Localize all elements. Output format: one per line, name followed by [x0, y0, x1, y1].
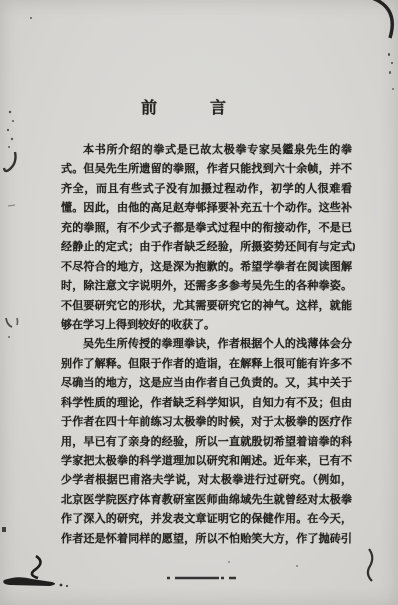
text-line: 学家把太极拳的科学道理加以研究和阐述。近年来，已有不: [61, 452, 352, 471]
bleedthrough-marks-left: [2, 104, 26, 184]
text-line: 不尽符合的地方，这是深为抱歉的。希望学拳者在阅读图解: [61, 258, 352, 277]
text-line: 经静止的定式；由于作者缺乏经验，所摄姿势还间有与定式: [61, 238, 352, 257]
scanned-book-page: 前 言 本书所介绍的拳式是已故太极拳专家吴鑑泉先生的拳式。但吴先生所遗留的拳照，…: [0, 0, 398, 605]
text-line: 别作了解释。但限于作者的造诣，在解释上很可能有许多不: [61, 355, 352, 374]
text-line: 时，除注意文字说明外，还需多多参考吴先生的各种拳姿。: [61, 277, 352, 296]
title-char-1: 前: [141, 95, 157, 118]
bleedthrough-mark-left-lower: [3, 315, 23, 333]
ink-smudge-bottom-left: [0, 552, 72, 592]
text-line: 科学性质的理论，作者缺乏科学知识，自知力有不及；但由: [61, 394, 352, 413]
text-line: 少学者根据巴甫洛夫学说，对太极拳进行过研究。（例如，: [61, 471, 352, 490]
text-line: 尽确当的地方，这是应当由作者自己负责的。又，其中关于: [61, 374, 352, 393]
pencil-dash-left: [6, 202, 20, 210]
text-line: 北京医学院医疗体育教研室医师曲绵域先生就曾经对太极拳: [61, 491, 352, 510]
ink-dash-bottom-center: [165, 573, 239, 583]
ink-brace-bottom-right: [362, 547, 380, 587]
speck-right-edge-4: [392, 88, 394, 90]
text-line: 作者还是怀着同样的愿望，所以不怕贻笑大方，作了抛砖引: [61, 530, 352, 549]
text-line: 齐全，而且有些式子没有加摄过程动作，初学的人很难看: [61, 180, 352, 199]
text-line: 吴先生所传授的拳理拳诀，作者根据个人的浅薄体会分: [61, 335, 352, 354]
text-line: 本书所介绍的拳式是已故太极拳专家吴鑑泉先生的拳: [61, 141, 352, 160]
text-line: 懂。因此，由他的高足赵寿邨择要补充五十个动作。这些补: [61, 199, 352, 218]
text-line: 不但要研究它的形状，尤其需要研究它的神气。这样，就能: [61, 297, 352, 316]
text-line: 用，早已有了亲身的经验，所以一直就殷切希望着谙拳的科: [61, 433, 352, 452]
text-line: 式。但吴先生所遗留的拳照，作者只能找到六十余帧，并不: [61, 160, 352, 179]
title-char-2: 言: [210, 95, 226, 118]
speck-right-edge-1: [388, 53, 390, 56]
speck-left-lower: [8, 336, 10, 338]
ink-tick-right-margin: [349, 242, 358, 254]
preface-body: 本书所介绍的拳式是已故太极拳专家吴鑑泉先生的拳式。但吴先生所遗留的拳照，作者只能…: [61, 141, 352, 549]
speck-bottom-1: [296, 565, 298, 567]
speck-right-edge-2: [391, 62, 393, 64]
text-line: 充的拳照，有不少式子都是拳式过程中的衔接动作，不是已: [61, 219, 352, 238]
speck-top-left: [30, 17, 32, 19]
text-line: 作了深入的研究，并发表文章证明它的保健作用。在今天，: [61, 510, 352, 529]
speck-bottom-2: [228, 561, 230, 563]
speck-left-top-edge: [2, 527, 6, 532]
text-line: 够在学习上得到较好的收获了。: [61, 316, 352, 335]
speck-right-edge-3: [389, 71, 391, 74]
speck-bottom-3: [340, 538, 342, 540]
text-line: 于作者在四十年前练习太极拳的时候，对于太极拳的医疗作: [61, 413, 352, 432]
ink-arc-top-right: [369, 0, 398, 42]
